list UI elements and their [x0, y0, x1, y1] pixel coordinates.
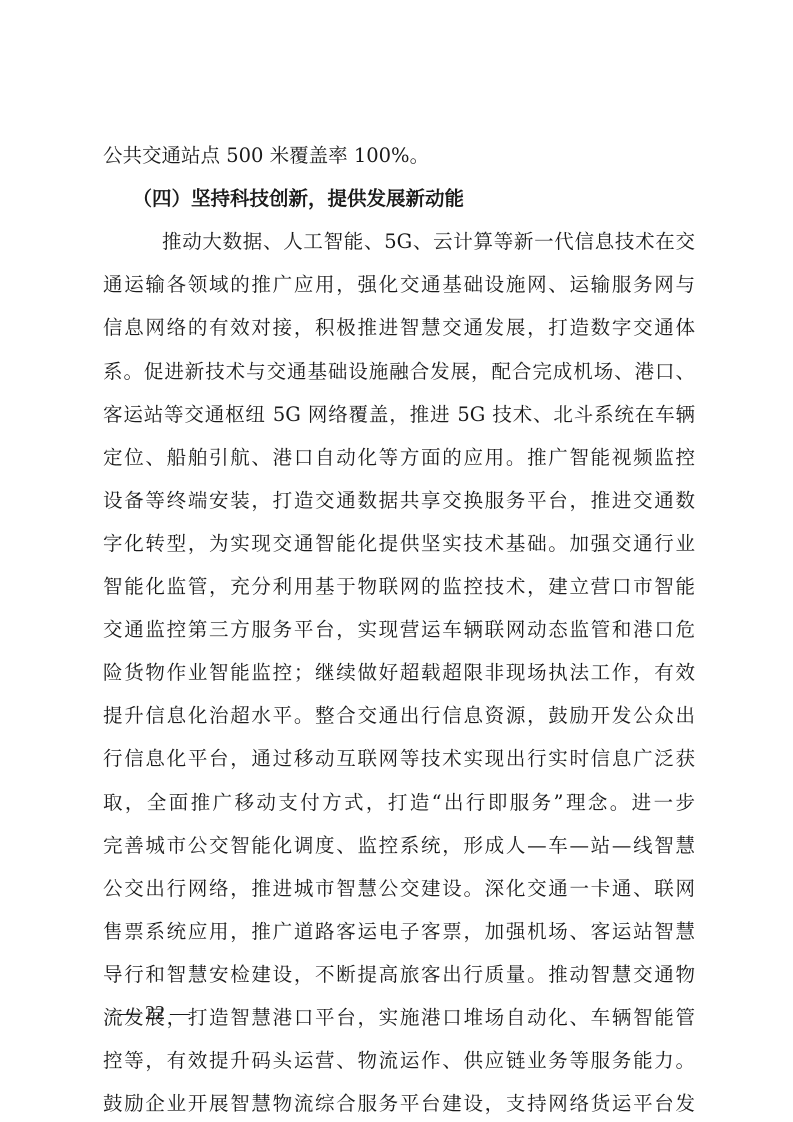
text-line: 推动大数据、人工智能、5G、云计算等新一代信息技术在交 [162, 220, 695, 263]
text-line: 智能化监管，充分利用基于物联网的监控技术，建立营口市智能 [103, 565, 695, 608]
text-line: 信息网络的有效对接，积极推进智慧交通发展，打造数字交通体 [103, 306, 695, 349]
text-line: 导行和智慧安检建设，不断提高旅客出行质量。推动智慧交通物 [103, 953, 695, 996]
text-line: 售票系统应用，推广道路客运电子客票，加强机场、客运站智慧 [103, 910, 695, 953]
text-line: 设备等终端安装，打造交通数据共享交换服务平台，推进交通数 [103, 479, 695, 522]
page-number: — 22 — [120, 1002, 190, 1025]
text-line: 通运输各领域的推广应用，强化交通基础设施网、运输服务网与 [103, 263, 695, 306]
text-line: 行信息化平台，通过移动互联网等技术实现出行实时信息广泛获 [103, 737, 695, 780]
text-line: 提升信息化治超水平。整合交通出行信息资源，鼓励开发公众出 [103, 694, 695, 737]
text-line: 流发展，打造智慧港口平台，实施港口堆场自动化、车辆智能管 [103, 996, 695, 1039]
text-line: 定位、船舶引航、港口自动化等方面的应用。推广智能视频监控 [103, 436, 695, 479]
text-line: 公交出行网络，推进城市智慧公交建设。深化交通一卡通、联网 [103, 867, 695, 910]
text-line: 取，全面推广移动支付方式，打造“出行即服务”理念。进一步 [103, 781, 695, 824]
text-line: 系。促进新技术与交通基础设施融合发展，配合完成机场、港口、 [103, 350, 695, 393]
text-line: 鼓励企业开展智慧物流综合服务平台建设，支持网络货运平台发 [103, 1082, 695, 1122]
section-heading: （四）坚持科技创新，提供发展新动能 [133, 177, 696, 220]
text-line: 公共交通站点 500 米覆盖率 100%。 [103, 134, 695, 177]
text-line: 字化转型，为实现交通智能化提供坚实技术基础。加强交通行业 [103, 522, 695, 565]
text-line: 险货物作业智能监控；继续做好超载超限非现场执法工作，有效 [103, 651, 695, 694]
text-line: 交通监控第三方服务平台，实现营运车辆联网动态监管和港口危 [103, 608, 695, 651]
text-line: 控等，有效提升码头运营、物流运作、供应链业务等服务能力。 [103, 1039, 695, 1082]
document-page: 公共交通站点 500 米覆盖率 100%。（四）坚持科技创新，提供发展新动能推动… [0, 0, 793, 1122]
text-line: 客运站等交通枢纽 5G 网络覆盖，推进 5G 技术、北斗系统在车辆 [103, 393, 695, 436]
text-line: 完善城市公交智能化调度、监控系统，形成人—车—站—线智慧 [103, 824, 695, 867]
